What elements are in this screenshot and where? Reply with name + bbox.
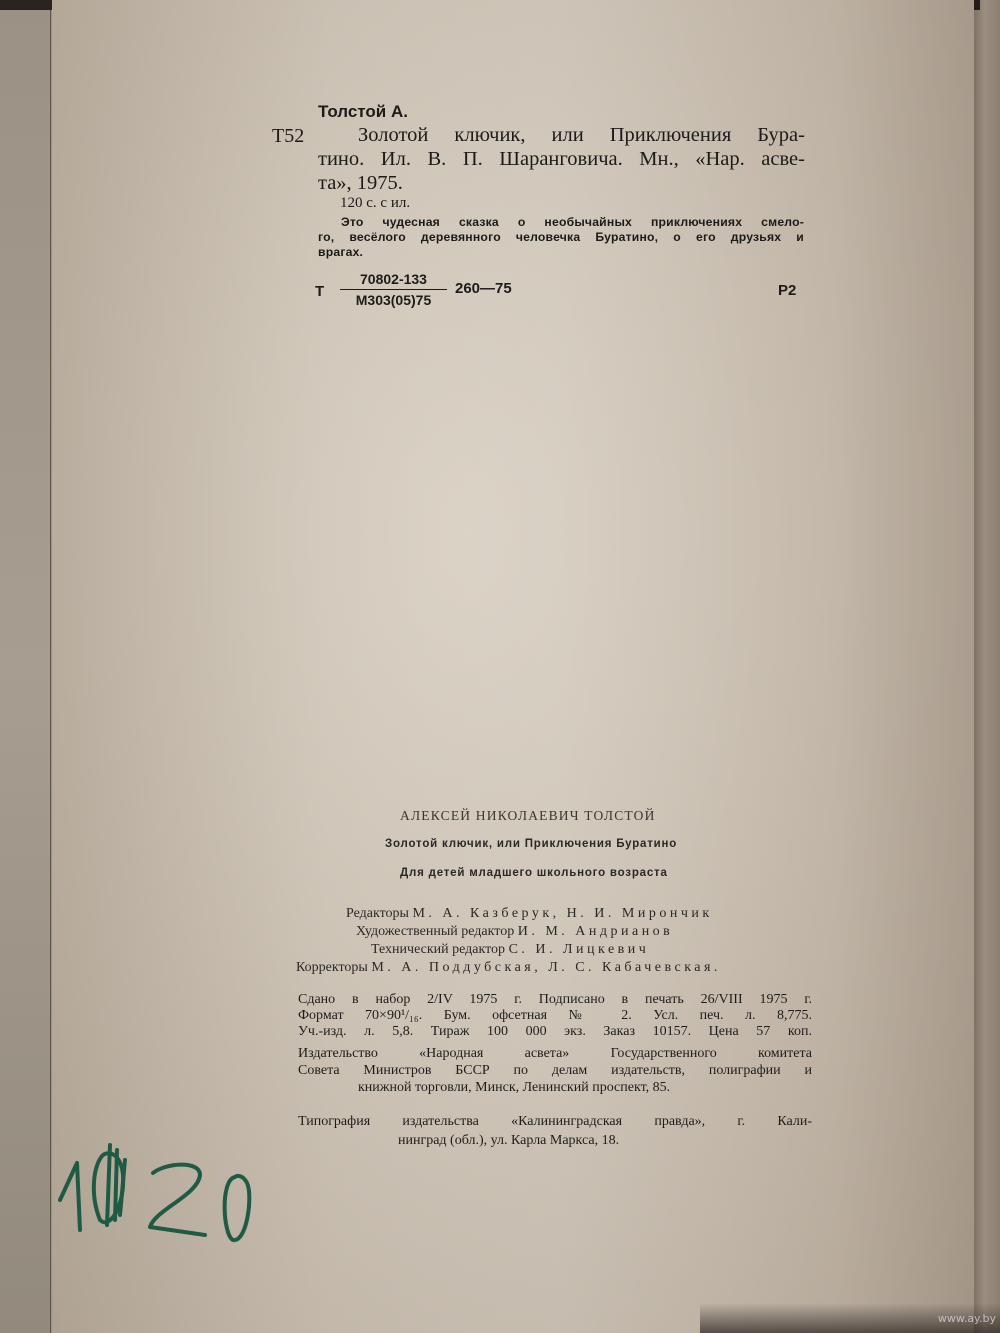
watermark: www.ay.by [938,1312,996,1325]
print-line: Сдано в набор 2/IV 1975 г. Подписано в п… [298,992,812,1008]
staff-role: Корректоры [296,960,368,975]
catalog-index-code: Т52 [272,125,304,148]
catalog-title-line: та», 1975. [318,171,805,195]
catalog-pages: 120 с. с ил. [340,195,410,212]
catalog-title: Золотой ключик, или Приключения Бура- ти… [318,123,805,195]
colophon-staff: Редакторы М. А. Казберук, Н. И. Мирончик… [296,905,816,977]
classification-fraction: 70802-133 М303(05)75 [340,271,447,308]
staff-names: С. И. Лицкевич [509,942,650,957]
printing-house-line: нинград (обл.), ул. Карла Маркса, 18. [298,1131,812,1150]
classification-prefix: Т [315,283,324,300]
print-details: Сдано в набор 2/IV 1975 г. Подписано в п… [298,992,812,1040]
catalog-author: Толстой А. [318,102,408,122]
staff-role: Редакторы [346,906,409,921]
publisher-line: Совета Министров БССР по делам издательс… [298,1062,812,1079]
classification-denominator: М303(05)75 [340,290,447,308]
colophon-title: Золотой ключик, или Приключения Буратино [385,838,677,850]
catalog-annotation: Это чудесная сказка о необычайных приклю… [318,215,804,260]
staff-line: Технический редактор С. И. Лицкевич [296,941,816,959]
catalog-title-line: Золотой ключик, или Приключения Бура- [318,123,805,147]
handwriting-strokes [55,1135,255,1245]
staff-role: Технический редактор [371,942,505,957]
printing-house-info: Типография издательства «Калининградская… [298,1112,812,1150]
staff-role: Художественный редактор [356,924,514,939]
staff-line: Художественный редактор И. М. Андрианов [296,923,816,941]
handwritten-price-note: 1020 [55,1135,255,1245]
region-code: Р2 [778,282,796,299]
publisher-info: Издательство «Народная асвета» Государст… [298,1045,812,1096]
staff-line: Редакторы М. А. Казберук, Н. И. Мирончик [296,905,816,923]
staff-line: Корректоры М. А. Поддубская, Л. С. Кабач… [296,959,816,977]
print-line: Уч.-изд. л. 5,8. Тираж 100 000 экз. Зака… [298,1024,812,1040]
colophon-audience: Для детей младшего школьного возраста [400,867,668,879]
publisher-line: Издательство «Народная асвета» Государст… [298,1045,812,1062]
price-code: 260—75 [455,280,512,297]
annotation-line: го, весёлого деревянного человечка Бурат… [318,230,804,245]
classification-numerator: 70802-133 [340,271,447,290]
colophon-author: АЛЕКСЕЙ НИКОЛАЕВИЧ ТОЛСТОЙ [400,808,656,824]
staff-names: М. А. Поддубская, Л. С. Кабачевская. [371,960,721,975]
printing-house-line: Типография издательства «Калининградская… [298,1112,812,1131]
staff-names: М. А. Казберук, Н. И. Мирончик [412,906,712,921]
staff-names: И. М. Андрианов [518,924,674,939]
catalog-title-line: тино. Ил. В. П. Шаранговича. Мн., «Нар. … [318,147,805,171]
book-cover-left-edge [0,8,51,1333]
book-cover-right-edge [974,0,1000,1333]
publisher-line: книжной торговли, Минск, Ленинский просп… [298,1079,812,1096]
dark-corner [0,0,60,10]
annotation-line: врагах. [318,245,363,259]
print-line: Формат 70×90¹/₁₆. Бум. офсетная № 2. Усл… [298,1008,812,1024]
annotation-line: Это чудесная сказка о необычайных приклю… [318,215,804,230]
